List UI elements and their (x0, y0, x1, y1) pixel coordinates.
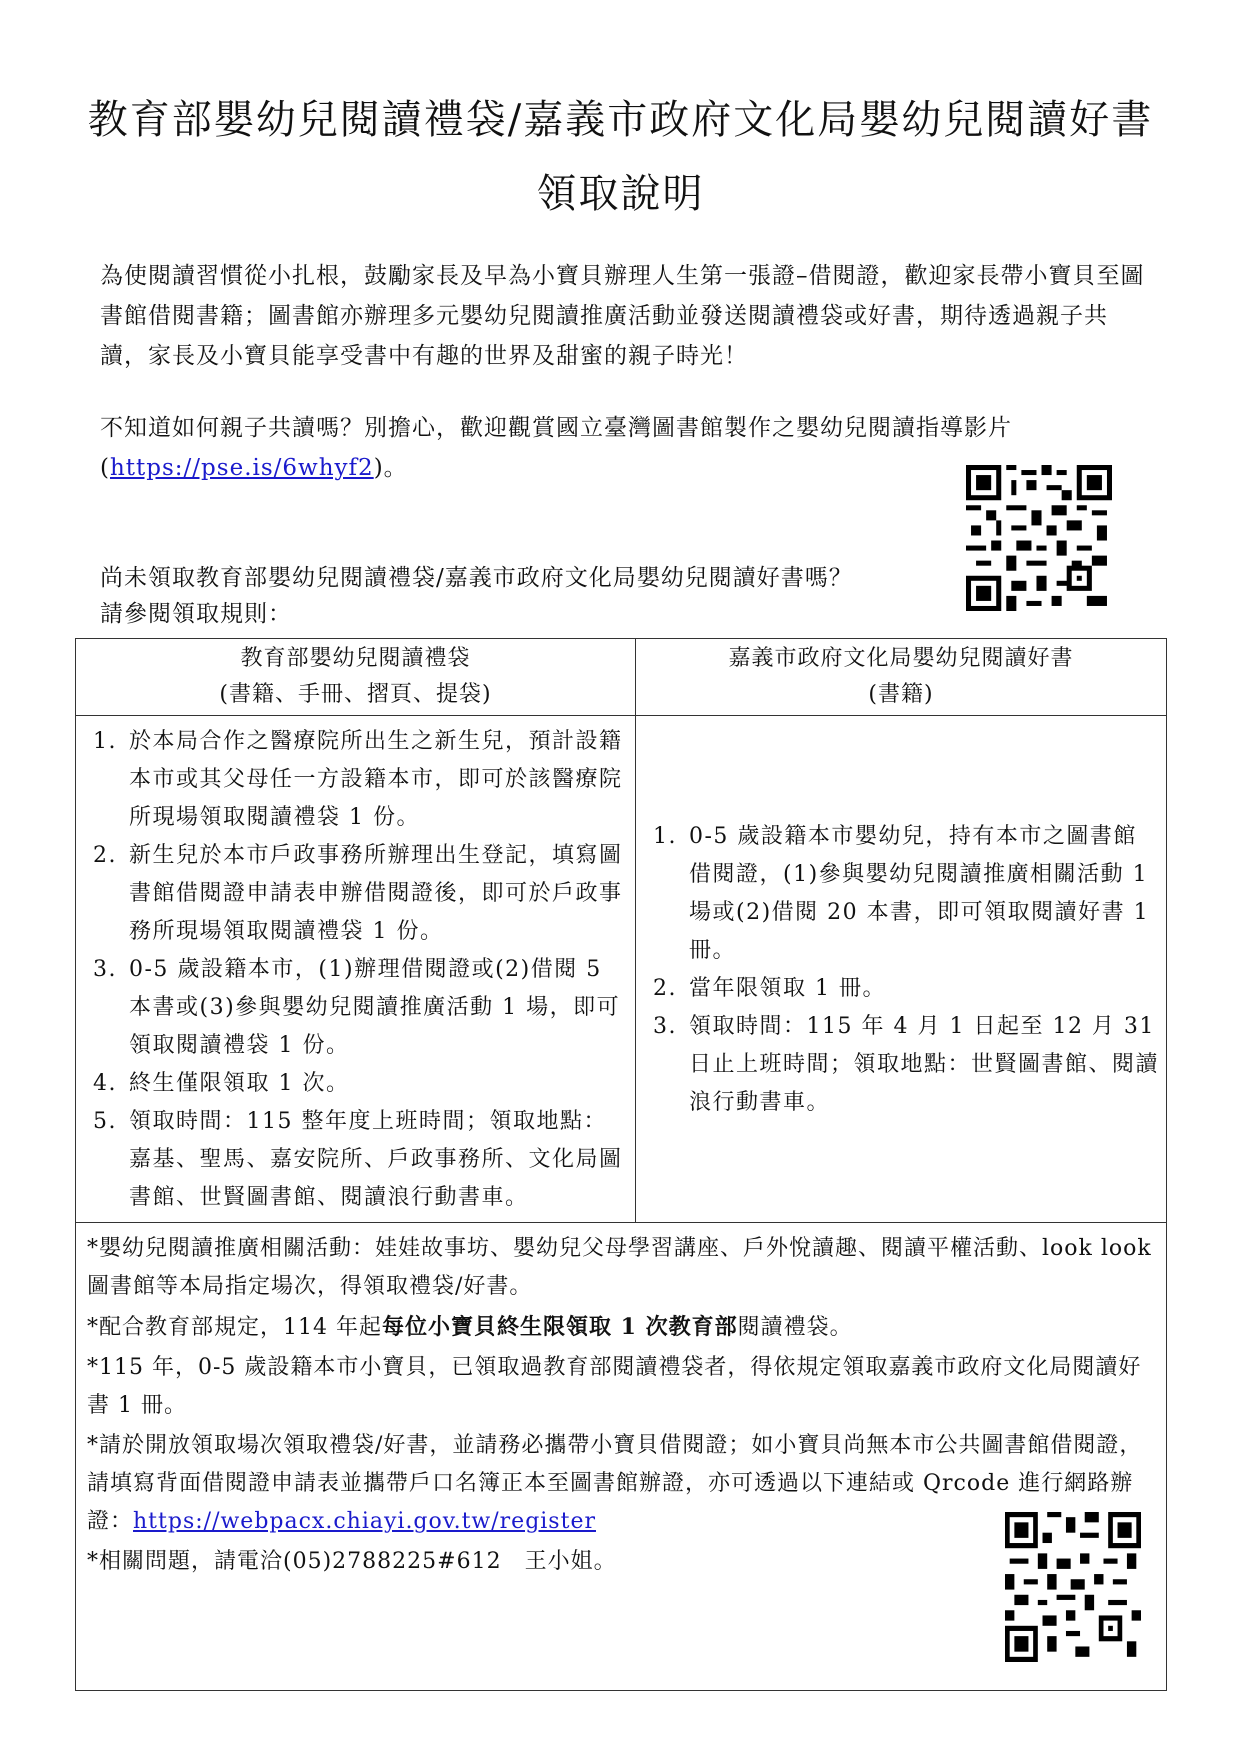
notes-box: *嬰幼兒閱讀推廣相關活動：娃娃故事坊、嬰幼兒父母學習講座、戶外悅讀趣、閱讀平權活… (77, 1224, 1165, 1689)
video-link[interactable]: https://pse.is/6whyf2 (110, 455, 374, 481)
intro-paragraph: 為使閱讀習慣從小扎根，鼓勵家長及早為小寶貝辦理人生第一張證–借閱證，歡迎家長帶小… (100, 256, 1150, 376)
list-item: 1.於本局合作之醫療院所出生之新生兒，預計設籍本市或其父母任一方設籍本市，即可於… (77, 723, 628, 837)
list-item: 3.領取時間：115 年 4 月 1 日起至 12 月 31 日止上班時間；領取… (637, 1008, 1159, 1122)
open-paren: ( (100, 455, 110, 481)
qr-code-icon (1005, 1512, 1141, 1662)
prompt-paragraph: 尚未領取教育部嬰幼兒閱讀禮袋/嘉義市政府文化局嬰幼兒閱讀好書嗎？ 請參閱領取規則… (100, 560, 970, 632)
document-title: 教育部嬰幼兒閱讀禮袋/嘉義市政府文化局嬰幼兒閱讀好書 (0, 88, 1241, 145)
list-item: 4.終生僅限領取 1 次。 (77, 1065, 628, 1103)
video-text: 不知道如何親子共讀嗎？別擔心，歡迎觀賞國立臺灣圖書館製作之嬰幼兒閱讀指導影片 (100, 415, 1012, 441)
video-qr-code[interactable] (966, 465, 1112, 611)
register-link[interactable]: https://webpacx.chiayi.gov.tw/register (133, 1509, 596, 1534)
notes-cell: *嬰幼兒閱讀推廣相關活動：娃娃故事坊、嬰幼兒父母學習講座、戶外悅讀趣、閱讀平權活… (76, 1223, 1167, 1691)
list-item: 3.0-5 歲設籍本市，(1)辦理借閱證或(2)借閱 5 本書或(3)參與嬰幼兒… (77, 951, 628, 1065)
note-115-rule: *115 年，0-5 歲設籍本市小寶貝，已領取過教育部閱讀禮袋者，得依規定領取嘉… (87, 1349, 1155, 1425)
note-moe-rule-emphasis: 每位小寶貝終生限領取 1 次教育部 (382, 1314, 738, 1340)
city-rules-cell: 1.0-5 歲設籍本市嬰幼兒，持有本市之圖書館借閱證，(1)參與嬰幼兒閱讀推廣相… (636, 716, 1167, 1223)
table-header-row: 教育部嬰幼兒閱讀禮袋 (書籍、手冊、摺頁、提袋) 嘉義市政府文化局嬰幼兒閱讀好書… (76, 639, 1167, 716)
list-item: 2.新生兒於本市戶政事務所辦理出生登記，填寫圖書館借閱證申請表申辦借閱證後，即可… (77, 837, 628, 951)
close-paren: )。 (374, 455, 408, 481)
note-bring-card: *請於開放領取場次領取禮袋/好書，並請務必攜帶小寶貝借閱證；如小寶貝尚無本市公共… (87, 1427, 1155, 1541)
rules-table: 教育部嬰幼兒閱讀禮袋 (書籍、手冊、摺頁、提袋) 嘉義市政府文化局嬰幼兒閱讀好書… (75, 638, 1167, 1691)
qr-code-icon (966, 465, 1112, 611)
note-moe-rule: *配合教育部規定，114 年起每位小寶貝終生限領取 1 次教育部閱讀禮袋。 (87, 1308, 1155, 1347)
list-item: 2.當年限領取 1 冊。 (637, 970, 1159, 1008)
document-subtitle: 領取說明 (0, 162, 1241, 219)
moe-rules-list: 1.於本局合作之醫療院所出生之新生兒，預計設籍本市或其父母任一方設籍本市，即可於… (77, 717, 634, 1221)
note-contact: *相關問題，請電洽(05)2788225#612 王小姐。 (87, 1543, 1155, 1581)
prompt-line-2: 請參閱領取規則： (100, 596, 970, 632)
table-body-row: 1.於本局合作之醫療院所出生之新生兒，預計設籍本市或其父母任一方設籍本市，即可於… (76, 716, 1167, 1223)
moe-rules-cell: 1.於本局合作之醫療院所出生之新生兒，預計設籍本市或其父母任一方設籍本市，即可於… (76, 716, 636, 1223)
intro-text: 為使閱讀習慣從小扎根，鼓勵家長及早為小寶貝辦理人生第一張證–借閱證，歡迎家長帶小… (100, 256, 1150, 376)
register-qr-code[interactable] (1005, 1512, 1141, 1662)
city-rules-list: 1.0-5 歲設籍本市嬰幼兒，持有本市之圖書館借閱證，(1)參與嬰幼兒閱讀推廣相… (637, 812, 1165, 1126)
list-item: 5.領取時間：115 整年度上班時間；領取地點：嘉基、聖馬、嘉安院所、戶政事務所… (77, 1103, 628, 1217)
header-moe-gift-bag: 教育部嬰幼兒閱讀禮袋 (書籍、手冊、摺頁、提袋) (76, 639, 636, 716)
note-activities: *嬰幼兒閱讀推廣相關活動：娃娃故事坊、嬰幼兒父母學習講座、戶外悅讀趣、閱讀平權活… (87, 1230, 1155, 1306)
list-item: 1.0-5 歲設籍本市嬰幼兒，持有本市之圖書館借閱證，(1)參與嬰幼兒閱讀推廣相… (637, 818, 1159, 970)
prompt-line-1: 尚未領取教育部嬰幼兒閱讀禮袋/嘉義市政府文化局嬰幼兒閱讀好書嗎？ (100, 560, 970, 596)
notes-row: *嬰幼兒閱讀推廣相關活動：娃娃故事坊、嬰幼兒父母學習講座、戶外悅讀趣、閱讀平權活… (76, 1223, 1167, 1691)
header-city-good-book: 嘉義市政府文化局嬰幼兒閱讀好書 (書籍) (636, 639, 1167, 716)
